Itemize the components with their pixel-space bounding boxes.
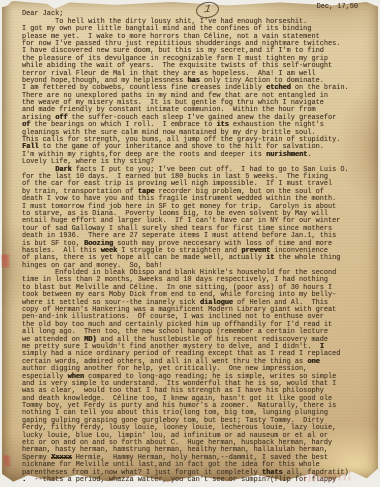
letter-content: Dec, 17,50 Dear Jack; To hell with the d…: [2, 1, 378, 484]
overstruck-word: nurishment: [266, 151, 307, 159]
text-segment: --thats a period, whazza watter, you can…: [26, 476, 336, 484]
red-ink-mark: [3, 455, 11, 467]
text-segment: the whole thing: [274, 254, 340, 262]
overstruck-word: it: [266, 254, 274, 262]
text-segment: .: [307, 151, 311, 159]
red-ink-mark: [1, 254, 10, 268]
pencil-smudge: [304, 472, 350, 482]
letter-body: To hell with the dirty lousy shit, I've …: [22, 19, 370, 485]
overstruck-word: one: [307, 358, 319, 366]
page-number: 1: [203, 4, 211, 16]
